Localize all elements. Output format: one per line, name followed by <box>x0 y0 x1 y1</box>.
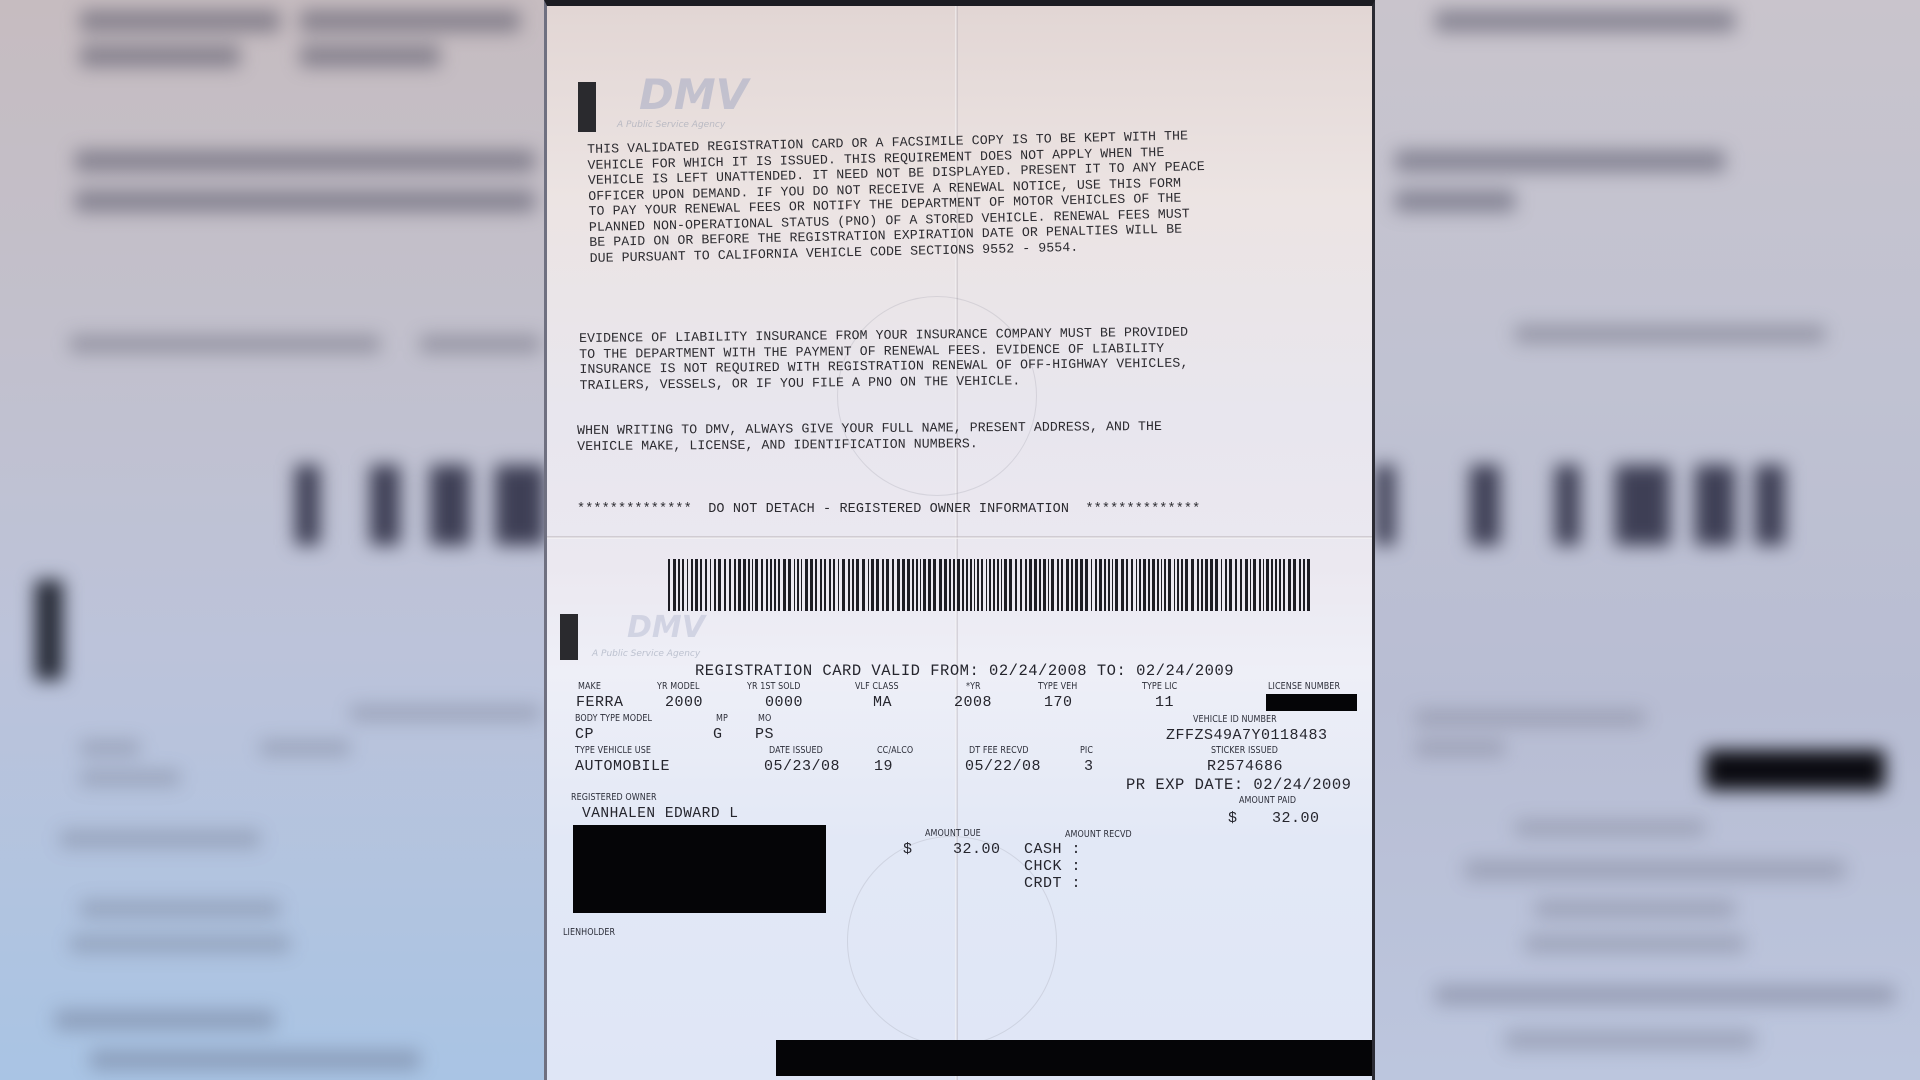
dt-fee-recvd-label: DT FEE RECVD <box>969 745 1029 756</box>
pr-exp-date: PR EXP DATE: 02/24/2009 <box>1126 776 1351 794</box>
amount-recvd-label: AMOUNT RECVD <box>1065 829 1132 840</box>
mo-label: MO <box>758 713 771 724</box>
mo-value: PS <box>755 726 774 743</box>
license-number-label: LICENSE NUMBER <box>1268 681 1340 692</box>
payment-method-cash: CASH : <box>1024 841 1081 858</box>
payment-method-check: CHCK : <box>1024 858 1081 875</box>
mp-label: MP <box>716 713 728 724</box>
blurred-background-right <box>1375 0 1920 1080</box>
blurred-background-left <box>0 0 545 1080</box>
registered-owner-name: VANHALEN EDWARD L <box>582 806 738 822</box>
payment-method-credit: CRDT : <box>1024 875 1081 892</box>
make-label: MAKE <box>578 681 601 692</box>
sticker-issued-value: R2574686 <box>1207 758 1283 775</box>
body-type-model-value: CP <box>575 726 594 743</box>
registration-mark <box>578 82 596 132</box>
correspondence-paragraph: WHEN WRITING TO DMV, ALWAYS GIVE YOUR FU… <box>577 419 1162 454</box>
yr-model-label: YR MODEL <box>657 681 700 692</box>
yr-1st-sold-value: 0000 <box>765 694 803 711</box>
dt-fee-recvd-value: 05/22/08 <box>965 758 1041 775</box>
detach-notice: ************** DO NOT DETACH - REGISTERE… <box>577 502 1200 518</box>
instructions-paragraph: THIS VALIDATED REGISTRATION CARD OR A FA… <box>587 128 1207 266</box>
type-lic-value: 11 <box>1155 694 1174 711</box>
blurred-document-copy <box>1375 0 1920 1080</box>
registered-owner-label: REGISTERED OWNER <box>571 792 657 803</box>
yr-1st-sold-label: YR 1ST SOLD <box>747 681 800 692</box>
pic-label: PIC <box>1080 745 1093 756</box>
sticker-issued-label: STICKER ISSUED <box>1211 745 1278 756</box>
vehicle-registration-card: DMV A Public Service Agency THIS VALIDAT… <box>544 0 1375 1080</box>
type-vehicle-use-value: AUTOMOBILE <box>575 758 670 775</box>
registration-valid-period: REGISTRATION CARD VALID FROM: 02/24/2008… <box>695 662 1234 680</box>
lienholder-label: LIENHOLDER <box>563 927 615 938</box>
dmv-watermark-logo: DMV <box>627 610 705 645</box>
dmv-watermark-tagline: A Public Service Agency <box>592 649 700 659</box>
body-type-model-label: BODY TYPE MODEL <box>575 713 652 724</box>
insurance-paragraph: EVIDENCE OF LIABILITY INSURANCE FROM YOU… <box>579 325 1189 393</box>
yr-label: *YR <box>966 681 981 692</box>
cc-alco-label: CC/ALCO <box>877 745 913 756</box>
date-issued-value: 05/23/08 <box>764 758 840 775</box>
yr-model-value: 2000 <box>665 694 703 711</box>
dmv-watermark-logo: DMV <box>639 70 748 119</box>
bottom-redaction <box>776 1040 1375 1076</box>
amount-paid-label: AMOUNT PAID <box>1239 795 1296 806</box>
type-vehicle-use-label: TYPE VEHICLE USE <box>575 745 651 756</box>
type-veh-value: 170 <box>1044 694 1073 711</box>
amount-paid-value: 32.00 <box>1272 810 1320 827</box>
type-veh-label: TYPE VEH <box>1038 681 1077 692</box>
vehicle-id-number-value: ZFFZS49A7Y0118483 <box>1166 727 1328 744</box>
cc-alco-value: 19 <box>874 758 893 775</box>
date-issued-label: DATE ISSUED <box>769 745 823 756</box>
type-lic-label: TYPE LIC <box>1142 681 1177 692</box>
amount-due-value: 32.00 <box>953 841 1001 858</box>
amount-due-label: AMOUNT DUE <box>925 828 981 839</box>
yr-value: 2008 <box>954 694 992 711</box>
blurred-document-copy <box>0 0 545 1080</box>
amount-due-currency: $ <box>903 841 913 858</box>
barcode <box>668 559 1311 611</box>
vehicle-id-number-label: VEHICLE ID NUMBER <box>1193 714 1277 725</box>
vlf-class-label: VLF CLASS <box>855 681 899 692</box>
dmv-watermark-tagline: A Public Service Agency <box>617 120 725 130</box>
vlf-class-value: MA <box>873 694 892 711</box>
pic-value: 3 <box>1084 758 1094 775</box>
registration-mark <box>560 614 578 660</box>
make-value: FERRA <box>576 694 624 711</box>
license-number-redaction <box>1266 694 1357 711</box>
mp-value: G <box>713 726 723 743</box>
amount-paid-currency: $ <box>1228 810 1238 827</box>
owner-address-redaction <box>573 825 826 913</box>
